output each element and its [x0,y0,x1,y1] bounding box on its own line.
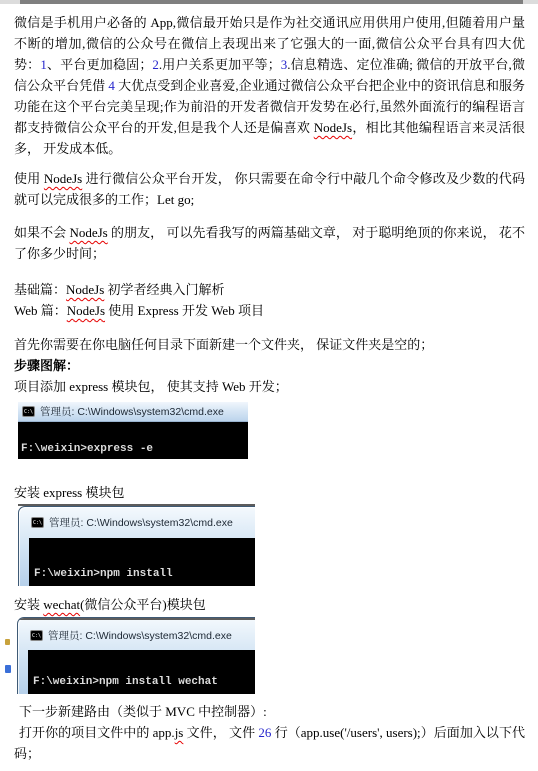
page-top-divider [0,0,538,4]
line-next-route: 下一步新建路由（类似于 MVC 中控制器）: [14,701,525,722]
terminal-console: F:\weixin>npm install [29,538,255,586]
line-steps-heading: 步骤图解： [14,355,525,376]
text-segment: 基础篇： [14,282,66,297]
paragraph-article-links: 基础篇：NodeJs 初学者经典入门解析 Web 篇：NodeJs 使用 Exp… [14,279,525,321]
text-segment: Web 篇： [14,303,67,318]
document-page: 微信是手机用户必备的 App,微信最开始只是作为社交通讯应用供用户使用,但随着用… [0,0,538,771]
terminal-title: 管理员: C:\Windows\system32\cmd.exe [48,628,232,643]
text-segment: 进行微信公众平台开发， 你只需要在命令行中敲几个命令修改及少数的代码就可以完成很… [14,171,525,207]
terminal-window: C:\ 管理员: C:\Windows\system32\cmd.exe F:\… [18,506,255,586]
text-segment: 使用 [14,171,44,186]
terminal-command: F:\weixin>express -e [21,443,153,455]
text-segment: NodeJs [66,282,104,297]
screenshot-terminal-express: C:\ 管理员: C:\Windows\system32\cmd.exe F:\… [18,402,248,459]
text-segment: 安装 [14,597,43,612]
text-segment: NodeJs [314,120,352,135]
caption-install-express: 安装 express 模块包 [14,482,525,503]
screenshot-terminal-npm-install: C:\ 管理员: C:\Windows\system32\cmd.exe F:\… [18,504,255,585]
terminal-command: F:\weixin>npm install [34,568,173,580]
terminal-console: F:\weixin>npm install wechat [28,650,255,694]
text-segment: 、平台更加稳固； [47,57,152,72]
paragraph-if-not-know: 如果不会 NodeJs 的朋友， 可以先看我写的两篇基础文章， 对于聪明绝顶的你… [14,222,525,264]
text-segment: (微信公众平台)模块包 [80,597,206,612]
terminal-titlebar: C:\ 管理员: C:\Windows\system32\cmd.exe [18,620,255,650]
terminal-title: 管理员: C:\Windows\system32\cmd.exe [40,404,224,419]
paragraph-intro: 微信是手机用户必备的 App,微信最开始只是作为社交通讯应用供用户使用,但随着用… [14,12,525,159]
text-segment: 初学者经典入门解析 [104,282,224,297]
line-open-appjs: 打开你的项目文件中的 app.js 文件， 文件 26 行（app.use('/… [14,722,525,764]
text-segment: wechat [43,597,80,612]
text-segment: 如果不会 [14,225,69,240]
caption-install-wechat: 安装 wechat(微信公众平台)模块包 [14,594,525,615]
terminal-window: C:\ 管理员: C:\Windows\system32\cmd.exe F:\… [17,617,255,694]
text-segment: 项目添加 express 模块包， 使其支持 Web 开发； [14,379,288,394]
desktop-fragment-icon [5,639,10,645]
text-segment: .用户关系更加平等； [159,57,281,72]
desktop-fragment-icon [5,665,11,673]
page-top-divider-bar [20,0,523,4]
text-segment: 使用 Express 开发 Web 项目 [105,303,264,318]
screenshot-terminal-npm-install-wechat: C:\ 管理员: C:\Windows\system32\cmd.exe F:\… [4,617,255,695]
cmd-icon: C:\ [22,406,35,417]
line-basics-article: 基础篇：NodeJs 初学者经典入门解析 [14,279,525,300]
terminal-titlebar: C:\ 管理员: C:\Windows\system32\cmd.exe [19,507,255,538]
text-segment: 下一步新建路由（类似于 MVC 中控制器）: [19,704,267,719]
text-segment: 首先你需要在你电脑任何目录下面新建一个文件夹， 保证文件夹是空的； [14,337,433,352]
terminal-console: F:\weixin>express -e [18,422,248,459]
text-segment: 26 [258,725,271,740]
paragraph-next-route: 下一步新建路由（类似于 MVC 中控制器）: 打开你的项目文件中的 app.js… [14,701,525,764]
line-add-express: 项目添加 express 模块包， 使其支持 Web 开发； [14,376,525,397]
terminal-title: 管理员: C:\Windows\system32\cmd.exe [49,515,233,530]
paragraph-use-nodejs: 使用 NodeJs 进行微信公众平台开发， 你只需要在命令行中敲几个命令修改及少… [14,168,525,210]
line-first-step: 首先你需要在你电脑任何目录下面新建一个文件夹， 保证文件夹是空的； [14,334,525,355]
text-segment: NodeJs [44,171,82,186]
text-segment: NodeJs [67,303,105,318]
text-segment: 文件， 文件 [183,725,258,740]
terminal-titlebar: C:\ 管理员: C:\Windows\system32\cmd.exe [18,402,248,422]
line-web-article: Web 篇：NodeJs 使用 Express 开发 Web 项目 [14,300,525,321]
text-segment: 步骤图解： [14,358,79,373]
text-segment: 安装 express 模块包 [14,485,125,500]
paragraph-steps: 首先你需要在你电脑任何目录下面新建一个文件夹， 保证文件夹是空的； 步骤图解： … [14,334,525,397]
cmd-icon: C:\ [31,517,44,528]
text-segment: 打开你的项目文件中的 app. [19,725,175,740]
text-segment: NodeJs [69,225,107,240]
cmd-icon: C:\ [30,630,43,641]
terminal-command: F:\weixin>npm install wechat [33,676,218,688]
